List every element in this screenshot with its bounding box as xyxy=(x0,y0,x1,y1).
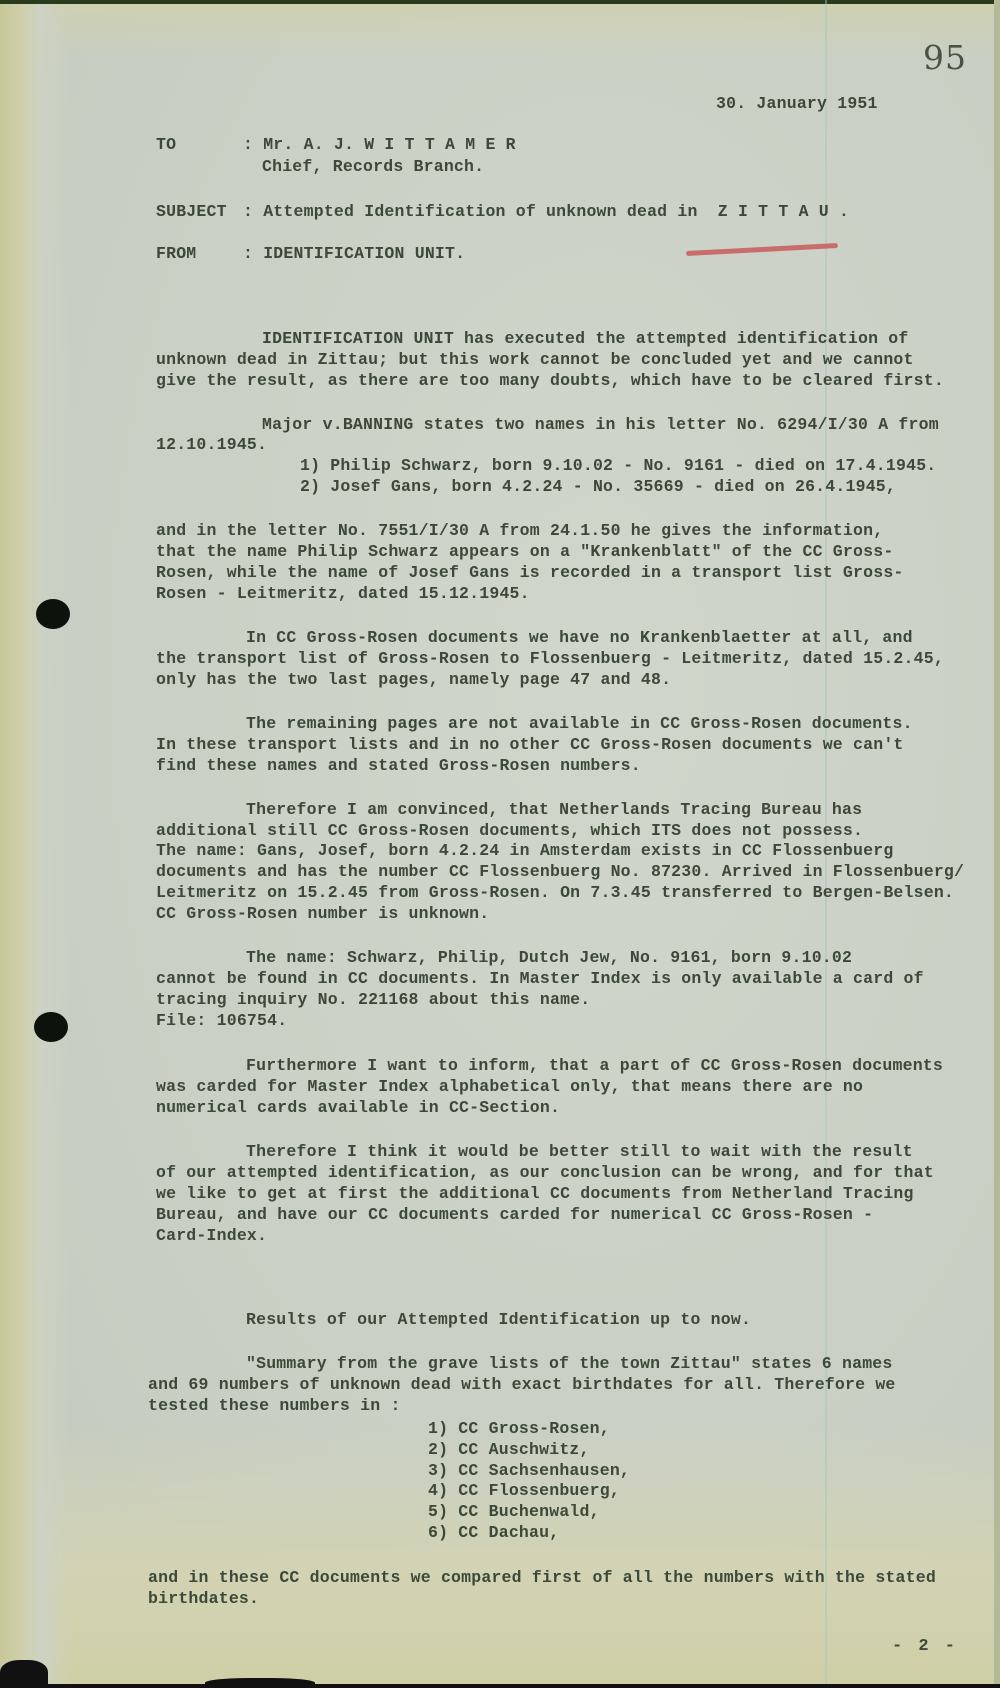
paragraph-line: tested these numbers in : xyxy=(148,1395,401,1416)
paragraph-line: and in the letter No. 7551/I/30 A from 2… xyxy=(156,520,883,541)
paragraph-line: Therefore I think it would be better sti… xyxy=(246,1141,913,1162)
paragraph-line: tracing inquiry No. 221168 about this na… xyxy=(156,989,590,1010)
paragraph-line: documents and has the number CC Flossenb… xyxy=(156,861,964,882)
paragraph-line: the transport list of Gross-Rosen to Flo… xyxy=(156,648,944,669)
paragraph-line: File: 106754. xyxy=(156,1010,287,1031)
paragraph-line: Major v.BANNING states two names in his … xyxy=(262,414,939,435)
paragraph-line: and 69 numbers of unknown dead with exac… xyxy=(148,1374,896,1395)
scan-right-edge xyxy=(994,0,1000,1688)
paragraph-line: The name: Schwarz, Philip, Dutch Jew, No… xyxy=(246,947,852,968)
paragraph-line: only has the two last pages, namely page… xyxy=(156,669,671,690)
paragraph-line: The remaining pages are not available in… xyxy=(246,713,913,734)
paragraph-line: additional still CC Gross-Rosen document… xyxy=(156,820,863,841)
scan-bottom-edge xyxy=(0,1684,1000,1688)
paragraph-line: of our attempted identification, as our … xyxy=(156,1162,934,1183)
letter-date: 30. January 1951 xyxy=(716,93,878,114)
scan-top-edge xyxy=(0,0,1000,4)
paragraph-line: The name: Gans, Josef, born 4.2.24 in Am… xyxy=(156,840,893,861)
document-page: 95 30. January 1951 TO : Mr. A. J. W I T… xyxy=(0,0,1000,1688)
paragraph-line: In CC Gross-Rosen documents we have no K… xyxy=(246,627,913,648)
list-item: 4) CC Flossenbuerg, xyxy=(428,1480,620,1501)
paragraph-line: Bureau, and have our CC documents carded… xyxy=(156,1204,873,1225)
paragraph-line: Card-Index. xyxy=(156,1225,267,1246)
paragraph-line: birthdates. xyxy=(148,1588,259,1609)
list-item: 5) CC Buchenwald, xyxy=(428,1501,600,1522)
page-number: - 2 - xyxy=(892,1637,958,1656)
to-recipient-title: Chief, Records Branch. xyxy=(262,156,484,177)
paragraph-line: numerical cards available in CC-Section. xyxy=(156,1097,560,1118)
paragraph-line: CC Gross-Rosen number is unknown. xyxy=(156,903,489,924)
list-item: 1) CC Gross-Rosen, xyxy=(428,1418,610,1439)
paragraph-line: find these names and stated Gross-Rosen … xyxy=(156,755,641,776)
paragraph-line: 12.10.1945. xyxy=(156,434,267,455)
from-label: FROM xyxy=(156,243,196,264)
paragraph-line: IDENTIFICATION UNIT has executed the att… xyxy=(262,328,909,349)
paragraph-line: was carded for Master Index alphabetical… xyxy=(156,1076,863,1097)
paragraph-line: Furthermore I want to inform, that a par… xyxy=(246,1055,943,1076)
paragraph-line: In these transport lists and in no other… xyxy=(156,734,904,755)
paragraph-line: Rosen, while the name of Josef Gans is r… xyxy=(156,562,904,583)
punch-hole-icon xyxy=(34,1012,68,1042)
paragraph-line: give the result, as there are too many d… xyxy=(156,370,944,391)
folio-number: 95 xyxy=(923,38,967,77)
list-item: 6) CC Dachau, xyxy=(428,1522,559,1543)
paragraph-line: Rosen - Leitmeritz, dated 15.12.1945. xyxy=(156,583,530,604)
list-item: 1) Philip Schwarz, born 9.10.02 - No. 91… xyxy=(300,455,936,476)
punch-hole-icon xyxy=(36,599,70,629)
paragraph-line: Therefore I am convinced, that Netherlan… xyxy=(246,799,862,820)
paragraph-line: cannot be found in CC documents. In Mast… xyxy=(156,968,924,989)
list-item: 3) CC Sachsenhausen, xyxy=(428,1460,630,1481)
to-label: TO xyxy=(156,134,176,155)
paragraph-line: we like to get at first the additional C… xyxy=(156,1183,914,1204)
red-pencil-underline xyxy=(686,243,838,256)
paragraph-line: Leitmeritz on 15.2.45 from Gross-Rosen. … xyxy=(156,882,954,903)
list-item: 2) Josef Gans, born 4.2.24 - No. 35669 -… xyxy=(300,476,896,497)
from-value: : IDENTIFICATION UNIT. xyxy=(243,243,465,264)
subject-label: SUBJECT xyxy=(156,201,227,222)
paragraph-line: and in these CC documents we compared fi… xyxy=(148,1567,936,1588)
to-recipient: : Mr. A. J. W I T T A M E R xyxy=(243,134,516,155)
paragraph-line: unknown dead in Zittau; but this work ca… xyxy=(156,349,914,370)
paragraph-line: that the name Philip Schwarz appears on … xyxy=(156,541,893,562)
results-heading: Results of our Attempted Identification … xyxy=(246,1309,751,1330)
subject-value: : Attempted Identification of unknown de… xyxy=(243,201,849,222)
list-item: 2) CC Auschwitz, xyxy=(428,1439,590,1460)
paragraph-line: "Summary from the grave lists of the tow… xyxy=(246,1353,893,1374)
